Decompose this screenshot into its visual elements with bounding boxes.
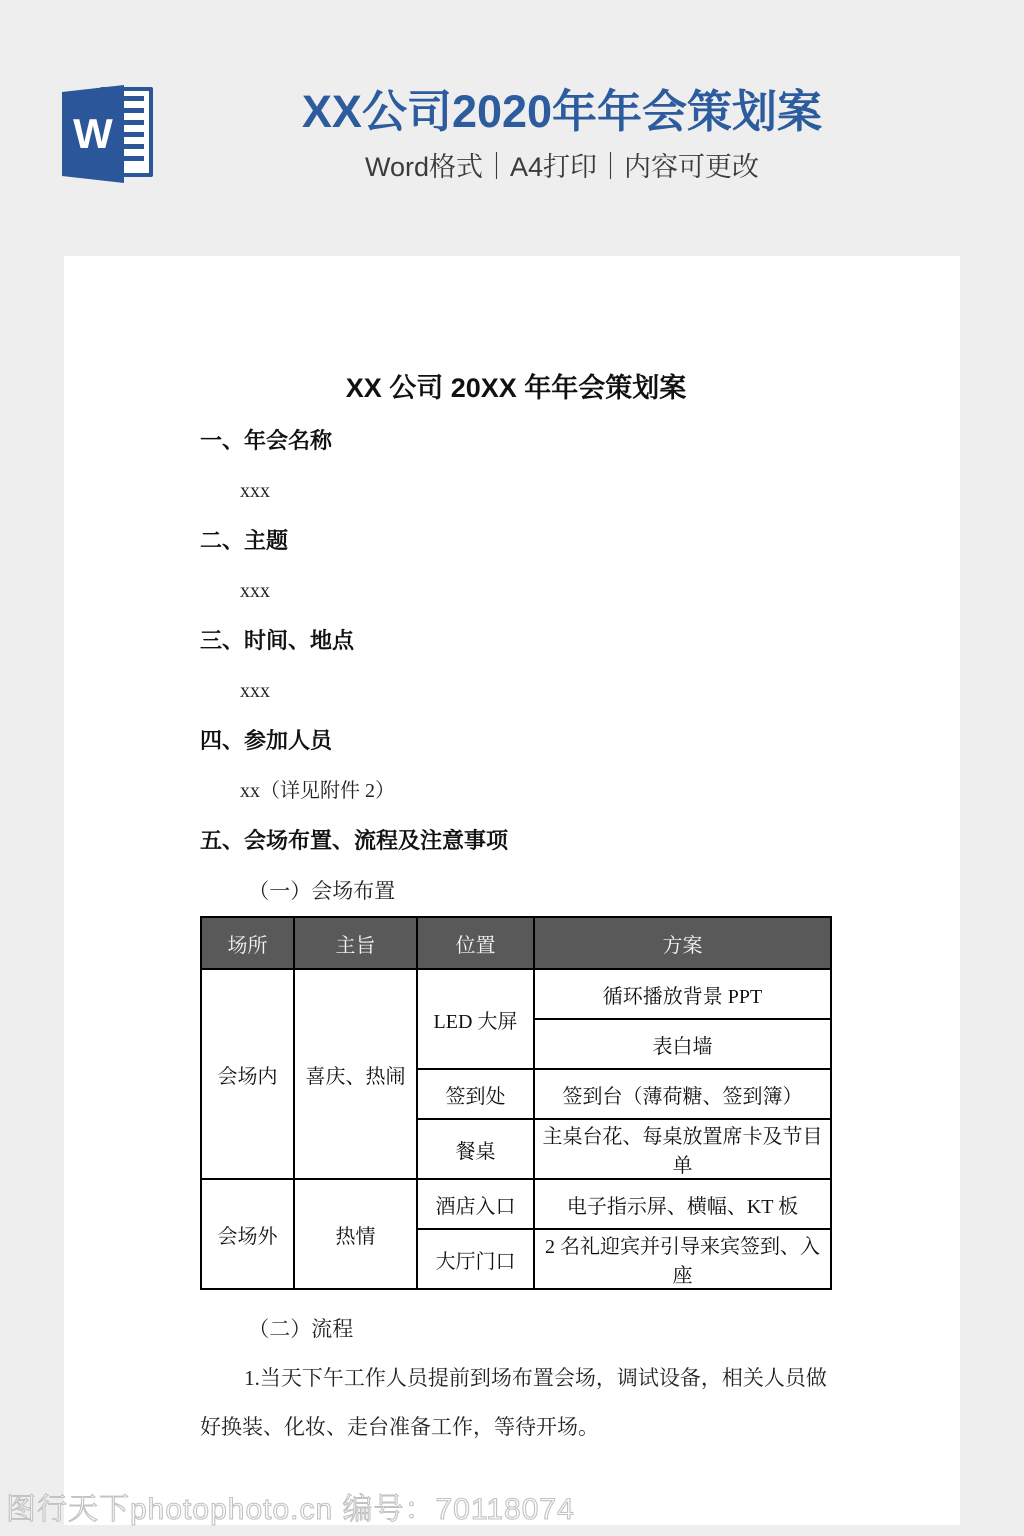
section-heading-1: 一、年会名称 (200, 416, 832, 466)
cell-location-lobby-door: 大厅门口 (417, 1229, 534, 1289)
watermark-text: 图行天下photophoto.cn 编号：70118074 (6, 1484, 575, 1528)
subsection-venue-layout: （一）会场布置 (200, 866, 832, 916)
section-heading-3: 三、时间、地点 (200, 616, 832, 666)
table-row: 会场内 喜庆、热闹 LED 大屏 循环播放背景 PPT (201, 969, 831, 1019)
section-heading-5: 五、会场布置、流程及注意事项 (200, 816, 832, 866)
template-preview: { "colors": { "banner_title_blue": "#2d5… (0, 0, 1024, 1536)
document-content: XX 公司 20XX 年年会策划案 一、年会名称 xxx 二、主题 xxx 三、… (200, 256, 832, 1452)
venue-table: 场所 主旨 位置 方案 会场内 喜庆、热闹 LED 大屏 循环播放背景 PPT … (200, 916, 832, 1290)
cell-location-led: LED 大屏 (417, 969, 534, 1069)
cell-plan-signin: 签到台（薄荷糖、签到簿） (534, 1069, 831, 1119)
cell-location-signin: 签到处 (417, 1069, 534, 1119)
document-page: XX 公司 20XX 年年会策划案 一、年会名称 xxx 二、主题 xxx 三、… (64, 256, 960, 1525)
section-body-4: xx（详见附件 2） (200, 766, 832, 816)
section-heading-4: 四、参加人员 (200, 716, 832, 766)
subsection-process: （二）流程 (200, 1304, 832, 1354)
cell-theme-inside: 喜庆、热闹 (294, 969, 417, 1179)
cell-location-dining: 餐桌 (417, 1119, 534, 1179)
section-body-3: xxx (200, 666, 832, 716)
section-body-2: xxx (200, 566, 832, 616)
table-header-place: 场所 (201, 917, 294, 969)
banner-text: XX公司2020年年会策划案 Word格式｜A4打印｜内容可更改 (100, 86, 1024, 187)
cell-theme-outside: 热情 (294, 1179, 417, 1289)
table-row: 会场外 热情 酒店入口 电子指示屏、横幅、KT 板 (201, 1179, 831, 1229)
banner-subtitle: Word格式｜A4打印｜内容可更改 (100, 147, 1024, 187)
cell-plan-ppt: 循环播放背景 PPT (534, 969, 831, 1019)
cell-plan-wall: 表白墙 (534, 1019, 831, 1069)
cell-plan-dining: 主桌台花、每桌放置席卡及节目单 (534, 1119, 831, 1179)
table-header-plan: 方案 (534, 917, 831, 969)
cell-plan-lobby-door: 2 名礼迎宾并引导来宾签到、入座 (534, 1229, 831, 1289)
table-header-location: 位置 (417, 917, 534, 969)
process-paragraph: 1.当天下午工作人员提前到场布置会场，调试设备，相关人员做好换装、化妆、走台准备… (200, 1354, 832, 1452)
document-title: XX 公司 20XX 年年会策划案 (200, 360, 832, 416)
cell-place-inside: 会场内 (201, 969, 294, 1179)
banner: W XX公司2020年年会策划案 Word格式｜A4打印｜内容可更改 (0, 0, 1024, 256)
banner-title: XX公司2020年年会策划案 (100, 86, 1024, 138)
table-header-row: 场所 主旨 位置 方案 (201, 917, 831, 969)
cell-plan-hotel-entrance: 电子指示屏、横幅、KT 板 (534, 1179, 831, 1229)
cell-place-outside: 会场外 (201, 1179, 294, 1289)
section-body-1: xxx (200, 466, 832, 516)
cell-location-hotel-entrance: 酒店入口 (417, 1179, 534, 1229)
table-header-theme: 主旨 (294, 917, 417, 969)
section-heading-2: 二、主题 (200, 516, 832, 566)
